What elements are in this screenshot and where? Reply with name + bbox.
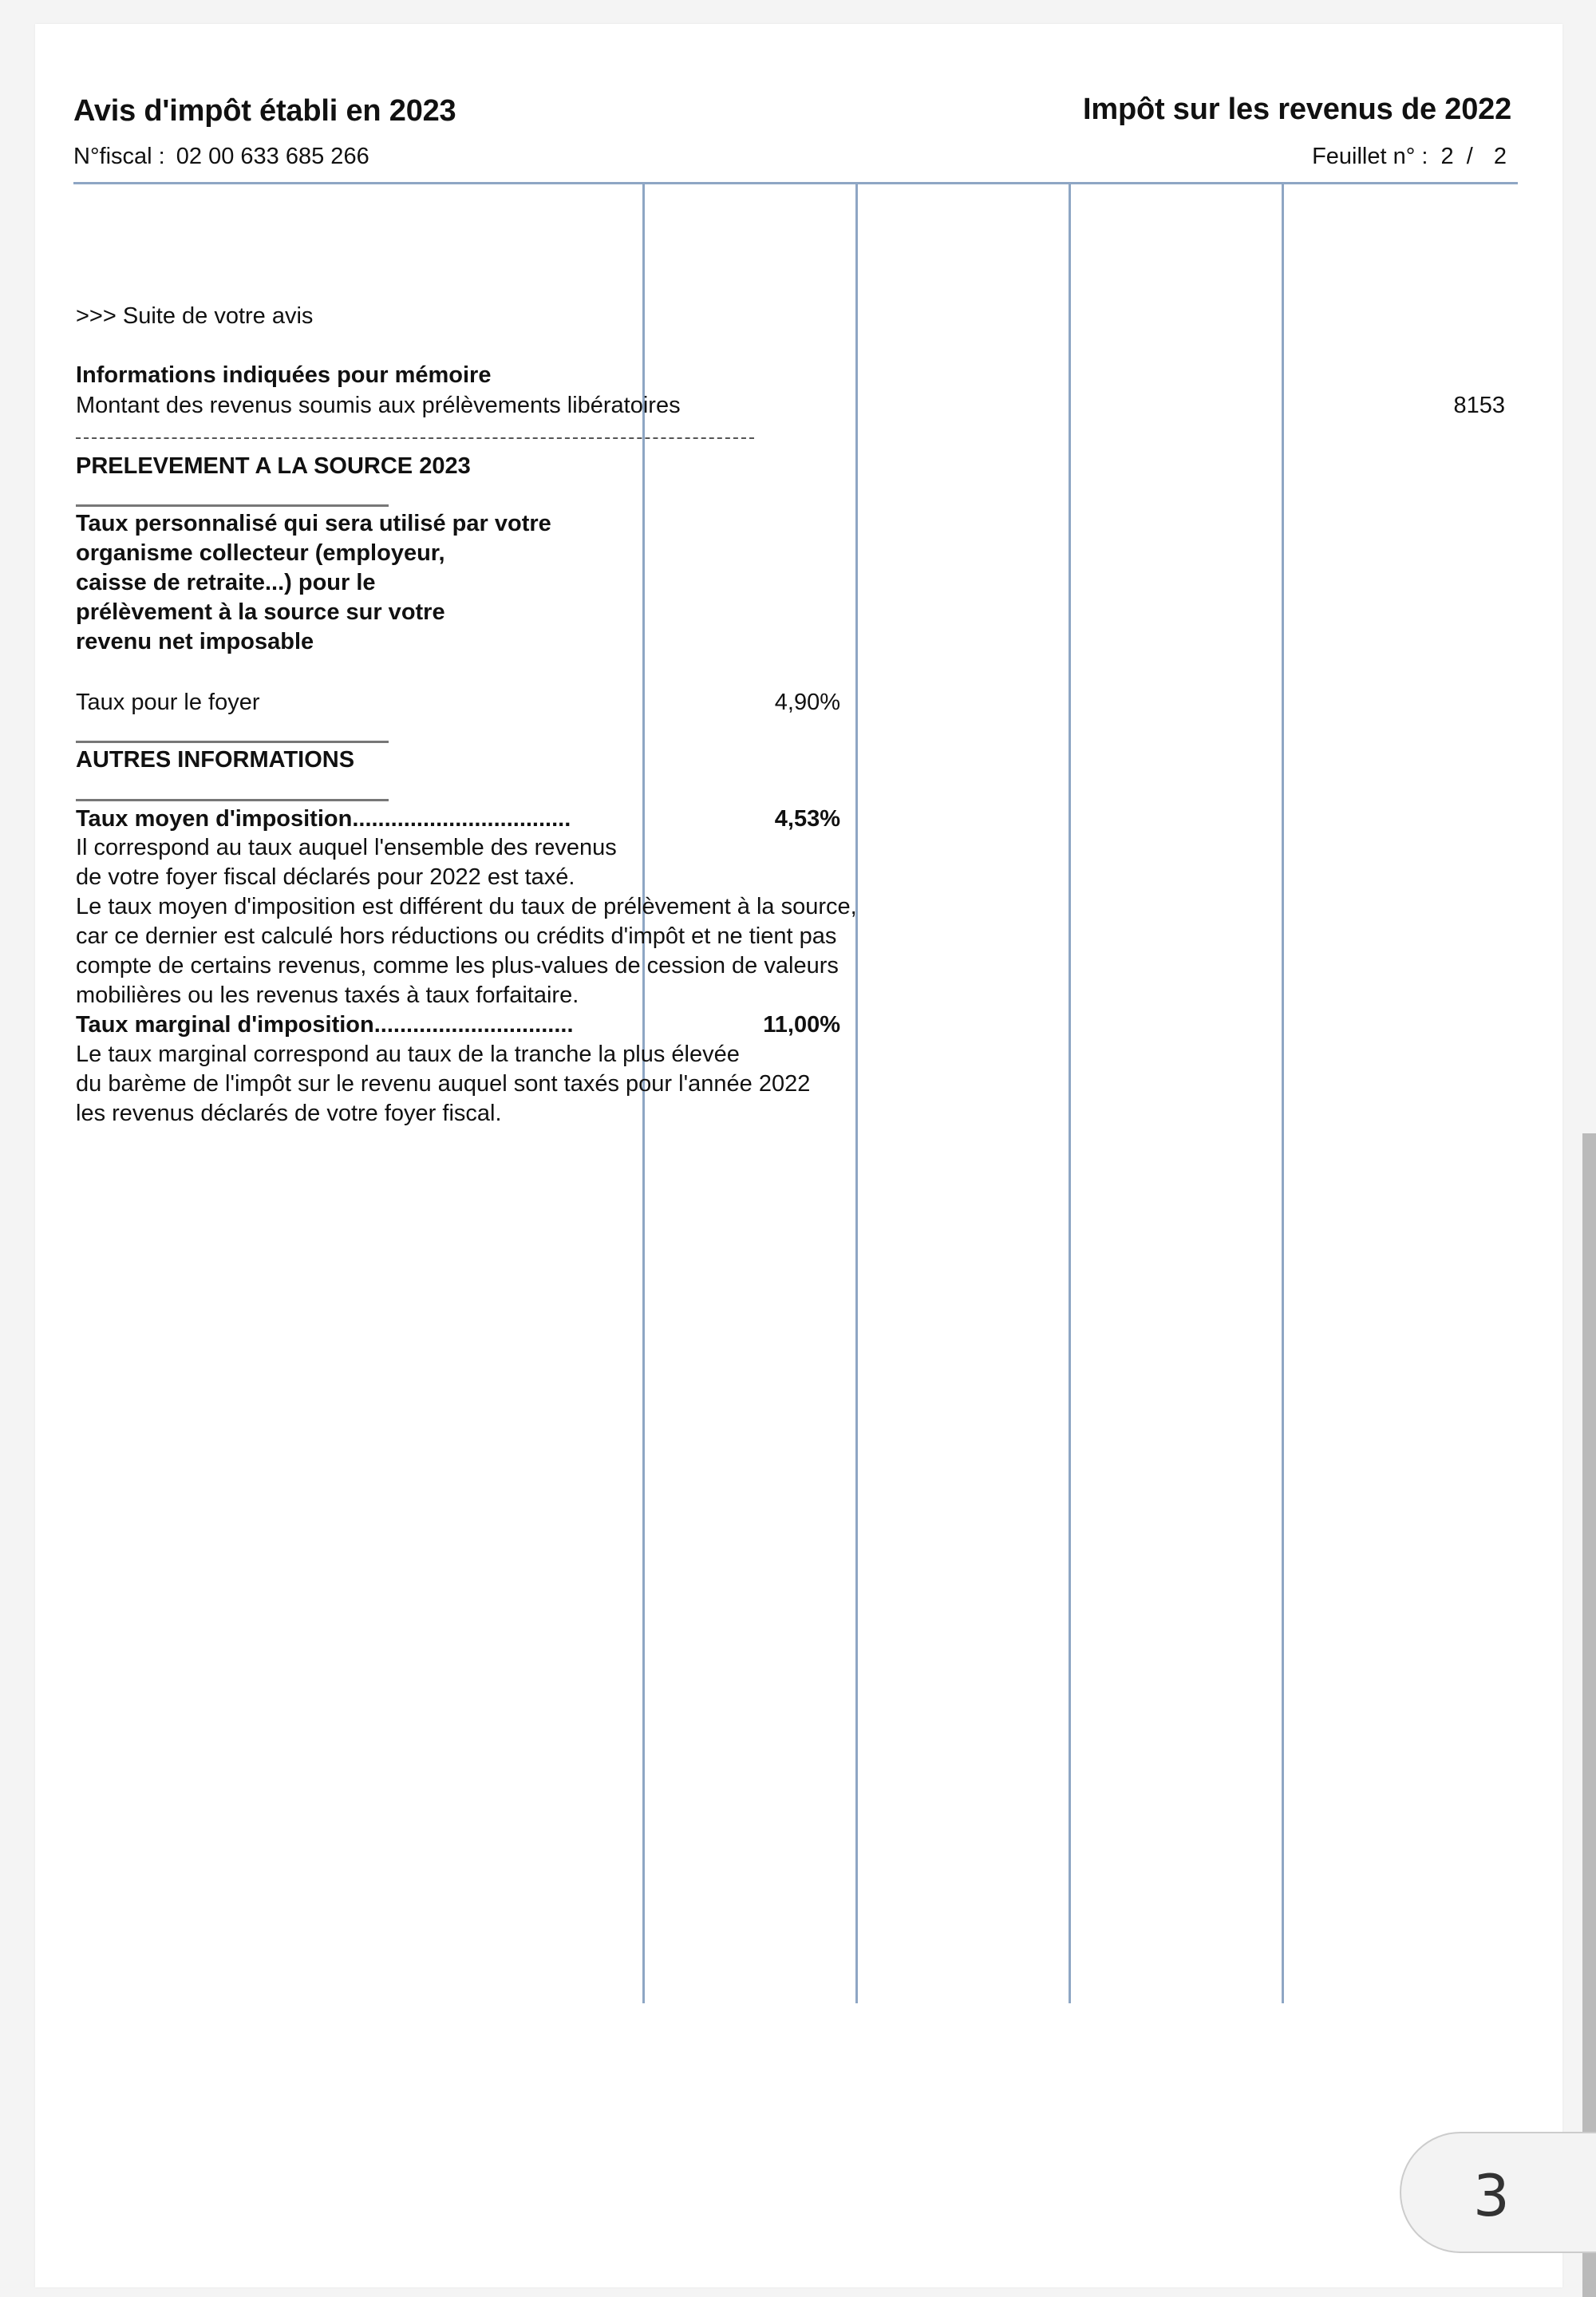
average-desc-line-4: car ce dernier est calculé hors réductio…	[76, 922, 836, 951]
scrollbar-thumb[interactable]	[1582, 1133, 1596, 2297]
memo-label: Montant des revenus soumis aux prélèveme…	[76, 391, 681, 421]
other-info-rule-bottom	[76, 799, 389, 801]
pas-description-line-1: Taux personnalisé qui sera utilisé par v…	[76, 509, 551, 539]
sheet-label: Feuillet n° :	[1312, 144, 1428, 169]
marginal-rate-label: Taux marginal d'imposition..............…	[76, 1010, 574, 1040]
header-divider	[73, 182, 1518, 184]
marginal-rate-value: 11,00%	[718, 1010, 840, 1040]
pas-description-line-4: prélèvement à la source sur votre	[76, 598, 445, 627]
pas-rule	[76, 504, 389, 507]
column-divider-2	[855, 184, 858, 2003]
pas-description-line-5: revenu net imposable	[76, 627, 314, 657]
average-desc-line-3: Le taux moyen d'imposition est différent…	[76, 892, 857, 922]
page-indicator[interactable]: 3	[1400, 2132, 1596, 2253]
sheet-total: 2	[1494, 144, 1507, 169]
average-desc-line-2: de votre foyer fiscal déclarés pour 2022…	[76, 863, 575, 892]
pas-description-line-3: caisse de retraite...) pour le	[76, 568, 376, 598]
dashed-separator	[76, 437, 754, 439]
continuation-note: >>> Suite de votre avis	[76, 302, 313, 331]
fiscal-number-value: 02 00 633 685 266	[176, 144, 369, 169]
column-divider-3	[1069, 184, 1071, 2003]
average-rate-value: 4,53%	[718, 805, 840, 834]
average-rate-label: Taux moyen d'imposition.................…	[76, 805, 571, 834]
other-info-rule-top	[76, 741, 389, 743]
page-indicator-number: 3	[1473, 2162, 1510, 2229]
average-desc-line-5: compte de certains revenus, comme les pl…	[76, 951, 839, 981]
pas-description-line-2: organisme collecteur (employeur,	[76, 539, 445, 568]
pas-heading: PRELEVEMENT A LA SOURCE 2023	[76, 452, 471, 481]
average-desc-line-1: Il correspond au taux auquel l'ensemble …	[76, 833, 617, 863]
sheet-number: Feuillet n° : 2 / 2	[1312, 144, 1507, 170]
column-divider-4	[1282, 184, 1284, 2003]
notice-title: Avis d'impôt établi en 2023	[73, 94, 456, 128]
sheet-separator: /	[1467, 144, 1473, 169]
marginal-desc-line-1: Le taux marginal correspond au taux de l…	[76, 1040, 740, 1069]
household-rate-label: Taux pour le foyer	[76, 688, 260, 718]
fiscal-number-label: N°fiscal :	[73, 144, 165, 169]
marginal-desc-line-3: les revenus déclarés de votre foyer fisc…	[76, 1099, 502, 1129]
household-rate-value: 4,90%	[718, 688, 840, 718]
other-info-heading: AUTRES INFORMATIONS	[76, 745, 354, 775]
memo-value: 8153	[1453, 391, 1505, 421]
average-desc-line-6: mobilières ou les revenus taxés à taux f…	[76, 981, 579, 1010]
sheet-current: 2	[1441, 144, 1454, 169]
income-year-title: Impôt sur les revenus de 2022	[1083, 93, 1511, 127]
memo-heading: Informations indiquées pour mémoire	[76, 361, 491, 390]
marginal-desc-line-2: du barème de l'impôt sur le revenu auque…	[76, 1069, 810, 1099]
fiscal-number-line: N°fiscal : 02 00 633 685 266	[73, 144, 369, 170]
